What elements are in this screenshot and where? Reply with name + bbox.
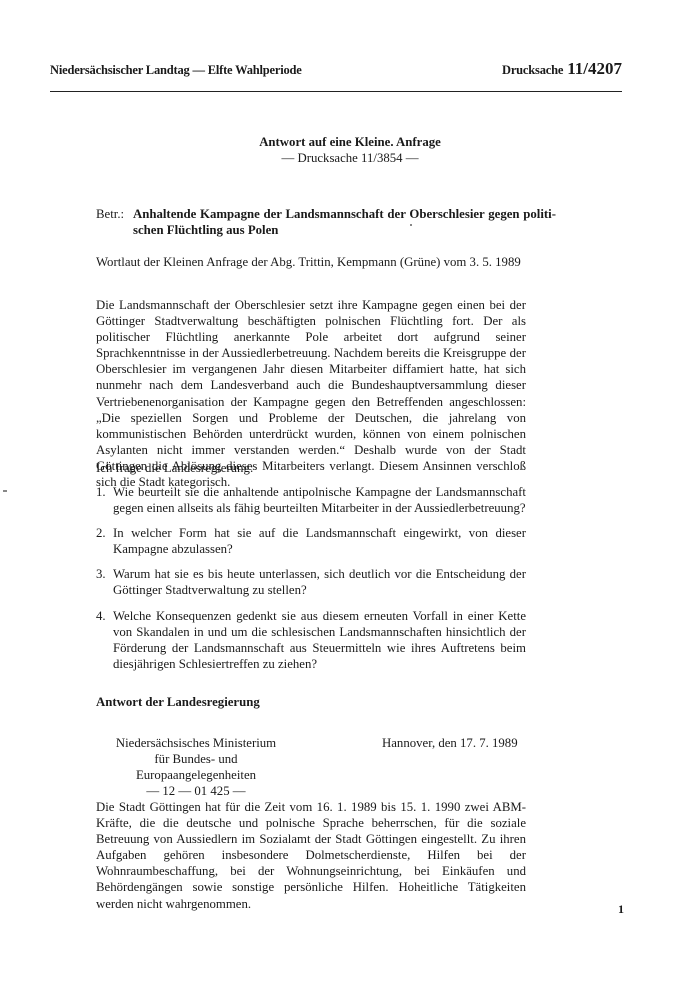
question-text: Warum hat sie es bis heute unterlassen, … <box>113 567 526 597</box>
document-number-label: Drucksache <box>502 63 563 77</box>
subject-text: Anhaltende Kampagne der Landsmannschaft … <box>133 206 556 238</box>
answer-title: Antwort auf eine Kleine. Anfrage — Druck… <box>0 134 700 166</box>
subject: Betr.: Anhaltende Kampagne der Landsmann… <box>96 206 556 238</box>
answer-title-line2: — Drucksache 11/3854 — <box>0 150 700 166</box>
scan-artifact <box>410 224 412 226</box>
question-text: Wie beurteilt sie die anhaltende antipol… <box>113 485 526 515</box>
ministry-line2: für Bundes- und Europaangelegenheiten <box>96 751 296 783</box>
question-list: 1. Wie beurteilt sie die anhaltende anti… <box>96 484 526 681</box>
subject-label: Betr.: <box>96 206 124 222</box>
question-number: 4. <box>96 608 106 624</box>
question-item: 3. Warum hat sie es bis heute unterlasse… <box>96 566 526 598</box>
inquiry-wording: Wortlaut der Kleinen Anfrage der Abg. Tr… <box>96 254 556 270</box>
document-number: Drucksache11/4207 <box>502 59 622 79</box>
question-item: 4. Welche Konsequenzen gedenkt sie aus d… <box>96 608 526 672</box>
ministry-reference: — 12 — 01 425 — <box>96 783 296 799</box>
ministry-line1: Niedersächsisches Ministerium <box>96 735 296 751</box>
page-number: 1 <box>618 902 624 917</box>
answer-title-line1: Antwort auf eine Kleine. Anfrage <box>0 134 700 150</box>
ministry-block: Niedersächsisches Ministerium für Bundes… <box>96 735 296 799</box>
question-item: 1. Wie beurteilt sie die anhaltende anti… <box>96 484 526 516</box>
question-text: In welcher Form hat sie auf die Landsman… <box>113 526 526 556</box>
place-date: Hannover, den 17. 7. 1989 <box>382 735 518 751</box>
answer-paragraph: Die Stadt Göttingen hat für die Zeit vom… <box>96 799 526 912</box>
parliament-title: Niedersächsischer Landtag — Elfte Wahlpe… <box>50 63 302 78</box>
page-header: Niedersächsischer Landtag — Elfte Wahlpe… <box>50 61 622 92</box>
document-number-value: 11/4207 <box>567 59 622 78</box>
scan-artifact <box>3 490 7 492</box>
question-number: 3. <box>96 566 106 582</box>
answer-heading: Antwort der Landesregierung <box>96 695 260 710</box>
question-number: 2. <box>96 525 106 541</box>
question-intro: Ich frage die Landesregierung: <box>96 460 526 476</box>
question-number: 1. <box>96 484 106 500</box>
question-text: Welche Konsequenzen gedenkt sie aus dies… <box>113 609 526 671</box>
question-item: 2. In welcher Form hat sie auf die Lands… <box>96 525 526 557</box>
